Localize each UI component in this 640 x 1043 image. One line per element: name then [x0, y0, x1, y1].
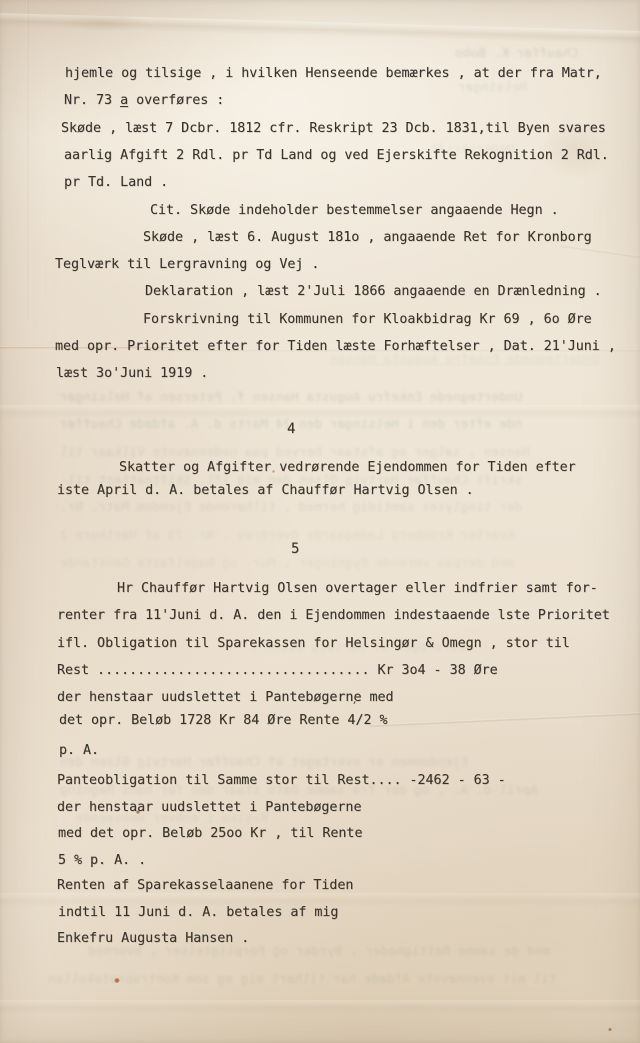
bleed-through-line: der tinglyses samtidig hermed , tilhøren… [60, 500, 522, 515]
document-line: indtil 11 Juni d. A. betales af mig [58, 904, 338, 921]
document-line: Deklaration , læst 2'Juli 1866 angaaende… [145, 283, 602, 300]
document-line: iste April d. A. betales af Chauffør Har… [57, 482, 474, 499]
bleed-through-line: Kvarter Kronborg Ladegaards Overdrev , N… [60, 528, 515, 543]
document-line-rest-amount: Rest .................................. … [57, 662, 498, 679]
bleed-through-line: Chauffør K. Bobo [455, 46, 578, 61]
matr-line-post: overføres : [128, 93, 224, 108]
document-line: med det opr. Beløb 25oo Kr , til Rente [58, 825, 362, 842]
bleed-through-line: Hansen , sælger og afstaar herved paa ne… [60, 445, 530, 460]
crease-line [370, 711, 640, 727]
document-line-rente: det opr. Beløb 1728 Kr 84 Øre Rente 4/2 … [59, 712, 388, 729]
document-line: læst 3o'Juni 1919 . [56, 365, 208, 382]
document-line: p. A. [59, 742, 99, 759]
document-line: Skøde , læst 7 Dcbr. 1812 cfr. Reskript … [61, 120, 606, 137]
document-line: aarlig Afgift 2 Rdl. pr Td Land og ved E… [64, 147, 609, 164]
crease-line [560, 244, 640, 258]
bleed-through-line: med derpaa værende Bygninger , Mur- og N… [60, 556, 515, 571]
document-line: Teglværk til Lergravning og Vej . [55, 256, 319, 273]
document-line: ifl. Obligation til Sparekassen for Hels… [57, 635, 570, 652]
document-line: pr Td. Land . [64, 174, 168, 191]
bleed-through-line: Ejendommen er overtaget af Chauffør Hart… [60, 755, 468, 770]
document-line-signature: Enkefru Augusta Hansen . [57, 930, 249, 947]
document-line: med opr. Prioritet efter for Tiden læste… [55, 338, 616, 355]
document-line: Hr Chauffør Hartvig Olsen overtager elle… [117, 580, 598, 597]
crease-line [0, 1000, 640, 1014]
document-line: Panteobligation til Samme stor til Rest.… [57, 772, 506, 789]
document-line: Forskrivning til Kommunen for Kloakbidra… [143, 311, 592, 328]
bleed-through-line: Undertegnede Enkefru Augusta Hansen f. P… [60, 390, 522, 405]
document-line: der henstaar uudslettet i Pantebøgerne [57, 799, 361, 816]
crease-line [0, 13, 640, 45]
matr-letter-underlined: a [120, 93, 128, 108]
document-line: 5 % p. A. . [58, 852, 146, 869]
crease-line [26, 0, 29, 320]
document-line: hjemle og tilsige , i hvilken Henseende … [65, 65, 602, 82]
stain [608, 1028, 612, 1031]
scanned-document-page: Chauffør K. Bobo Helsingør Underskrift U… [0, 0, 640, 1043]
document-line: renter fra 11'Juni d. A. den i Ejendomme… [57, 607, 610, 624]
bleed-through-line: til mit ovennævnte Afdøde har tilhørt mi… [48, 972, 557, 987]
document-line-matr-nr: Nr. 73 a overføres : [64, 92, 224, 109]
document-line: Skatter og Afgifter vedrørende Ejendomme… [119, 459, 576, 476]
document-line: Skøde , læst 6. August 181o , angaaende … [143, 229, 592, 246]
document-line: Cit. Skøde indeholder bestemmelser angaa… [150, 202, 559, 219]
matr-line-pre: Nr. 73 [64, 93, 120, 108]
section-number-5: 5 [291, 541, 299, 558]
document-line: der henstaar uudslettet i Pantebøgerne m… [57, 689, 394, 706]
document-line: Renten af Sparekasselaanene for Tiden [57, 877, 353, 894]
bleed-through-line: Helsingør [458, 80, 527, 95]
stain [60, 14, 150, 32]
section-number-4: 4 [287, 421, 295, 438]
